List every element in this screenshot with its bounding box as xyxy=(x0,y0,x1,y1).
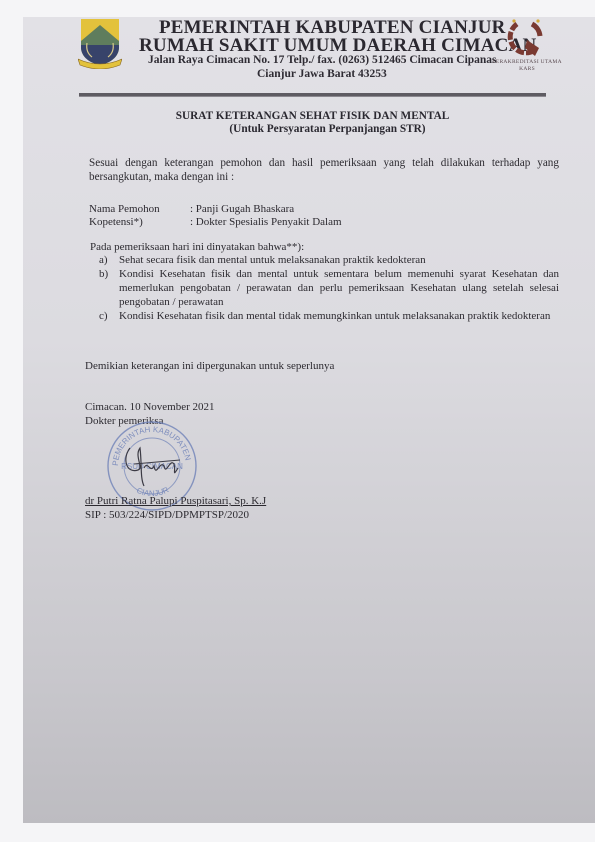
place-date: Cimacan. 10 November 2021 xyxy=(85,400,215,414)
letterhead-divider xyxy=(79,93,546,97)
accreditation-label: TERAKREDITASI UTAMA KARS xyxy=(488,59,566,73)
letterhead-address: Jalan Raya Cimacan No. 17 Telp./ fax. (0… xyxy=(148,54,497,66)
option-a: a)Sehat secara fisik dan mental untuk me… xyxy=(99,253,559,267)
regency-crest-icon xyxy=(78,17,122,69)
applicant-name-label: Nama Pemohon xyxy=(89,202,160,216)
opening-paragraph: Sesuai dengan keterangan pemohon dan has… xyxy=(89,156,559,184)
statement-intro: Pada pemeriksaan hari ini dinyatakan bah… xyxy=(90,240,304,254)
option-text: Kondisi Kesehatan fisik dan mental tidak… xyxy=(119,310,550,322)
document-subtitle: (Untuk Persyaratan Perpanjangan STR) xyxy=(30,123,595,135)
accreditation-line2: KARS xyxy=(488,66,566,73)
accreditation-line1: TERAKREDITASI UTAMA xyxy=(488,59,566,66)
letterhead-city: Cianjur Jawa Barat 43253 xyxy=(257,68,387,80)
option-text: Sehat secara fisik dan mental untuk mela… xyxy=(119,254,426,266)
option-b: b)Kondisi Kesehatan fisik dan mental unt… xyxy=(99,267,559,309)
signer-name: dr Putri Ratna Palupi Puspitasari, Sp. K… xyxy=(85,494,266,508)
closing-statement: Demikian keterangan ini dipergunakan unt… xyxy=(85,359,334,373)
option-c: c)Kondisi Kesehatan fisik dan mental tid… xyxy=(99,309,559,323)
statement-options: a)Sehat secara fisik dan mental untuk me… xyxy=(99,253,559,323)
document-title: SURAT KETERANGAN SEHAT FISIK DAN MENTAL xyxy=(15,110,595,122)
kars-accreditation-icon xyxy=(505,18,547,60)
option-marker: c) xyxy=(99,309,108,323)
option-marker: a) xyxy=(99,253,108,267)
competency-value: : Dokter Spesialis Penyakit Dalam xyxy=(190,215,342,229)
svg-text:PEMERINTAH KABUPATEN: PEMERINTAH KABUPATEN xyxy=(111,425,193,466)
option-text: Kondisi Kesehatan fisik dan mental untuk… xyxy=(119,268,559,308)
option-marker: b) xyxy=(99,267,108,281)
competency-label: Kopetensi*) xyxy=(89,215,143,229)
license-number: SIP : 503/224/SIPD/DPMPTSP/2020 xyxy=(85,508,249,522)
applicant-name-value: : Panji Gugah Bhaskara xyxy=(190,202,294,216)
